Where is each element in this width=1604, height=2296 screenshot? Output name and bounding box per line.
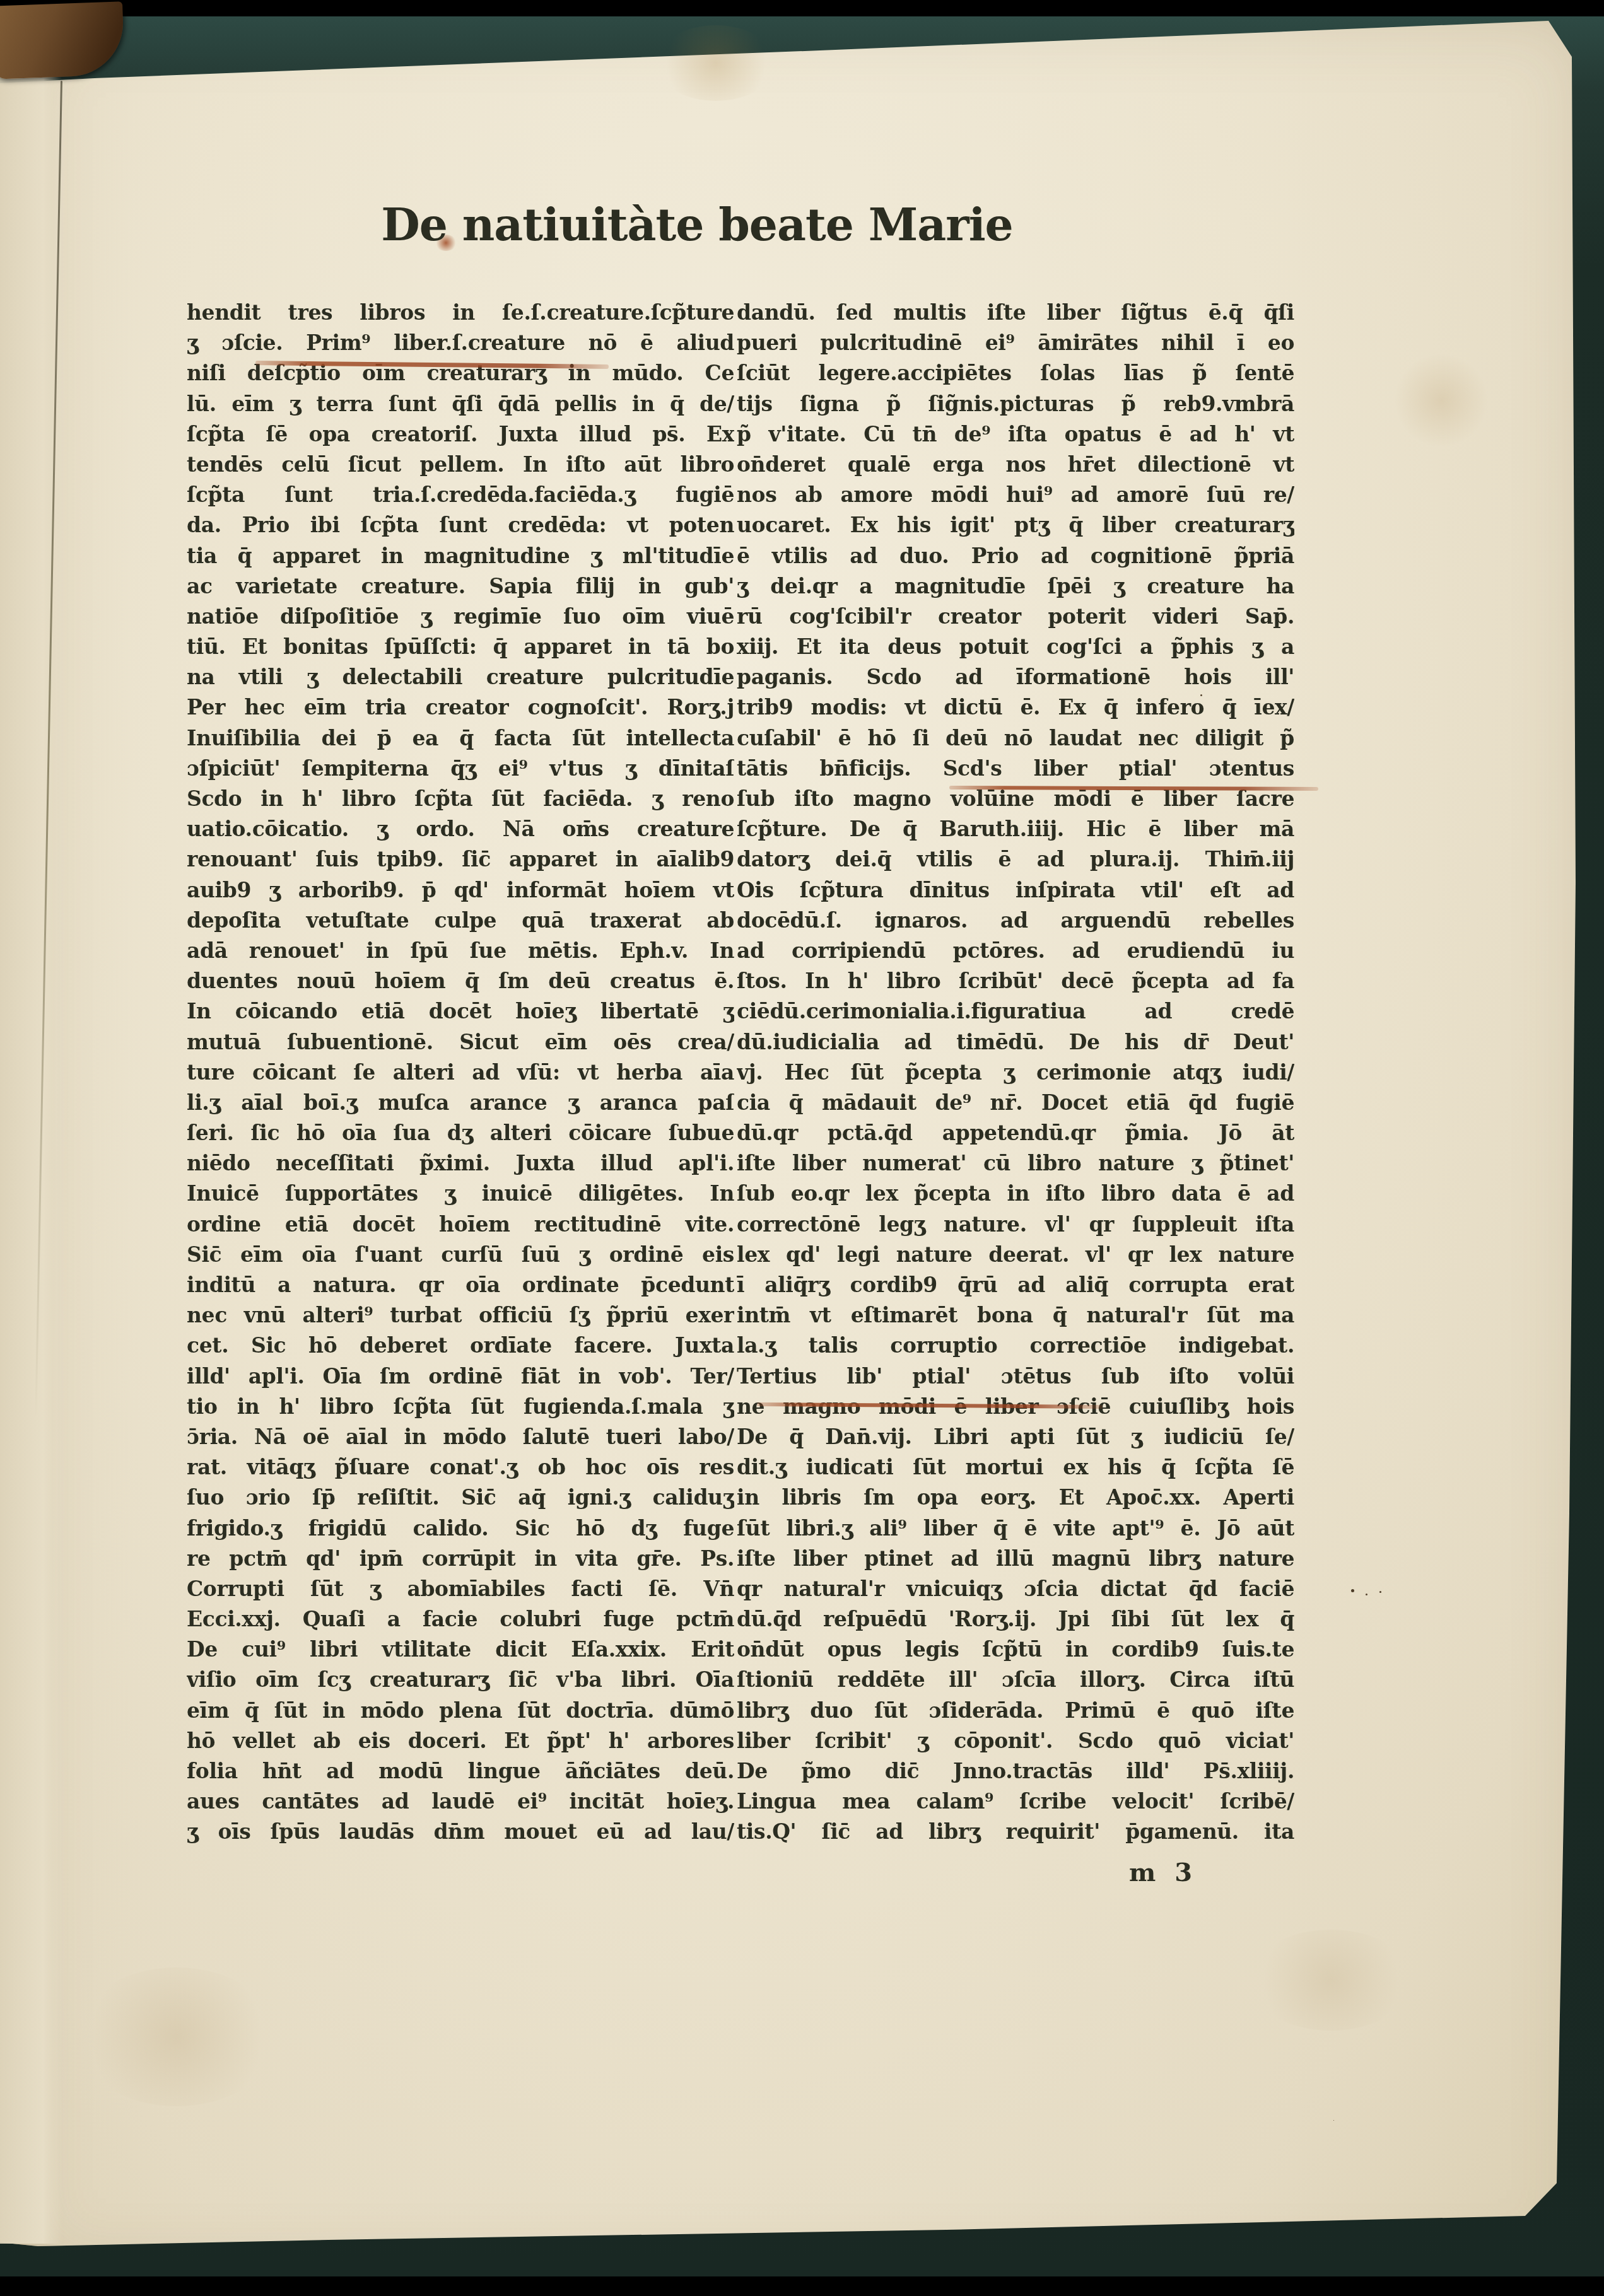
text-line: viſio oīm ſcʒ creaturarʒ ſic̄ v'ba libri… <box>187 1665 734 1695</box>
text-line: Ecci.xxj. Quaſi a facie colubri fuge pct… <box>187 1604 734 1635</box>
text-line: cia q̄ mādauit de⁹ nr̄. Docet etiā q̄d f… <box>737 1088 1294 1118</box>
text-line: niēdo neceſſitati p̃ximi. Juxta illud ap… <box>187 1148 734 1179</box>
text-line: Lingua mea calam⁹ ſcribe velocit' ſcribē… <box>737 1786 1294 1817</box>
text-line: Per hec eīm tria creator cognoſcit'. Ror… <box>187 692 734 723</box>
text-line: eīm q̄ ſūt in mōdo plena ſūt doctrīa. dū… <box>187 1696 734 1726</box>
text-line: tio in h' libro ſcp̃ta ſūt fugienda.ſ.ma… <box>187 1392 734 1422</box>
text-line: ʒ dei.qr a magnitudīe ſpēi ʒ creature ha <box>737 571 1294 602</box>
text-line: liber ſcribit' ʒ cōponit'. Scdo quō vici… <box>737 1726 1294 1756</box>
text-line: nec vnū alteri⁹ turbat officiū ſʒ p̃priū… <box>187 1300 734 1331</box>
ink-speck <box>1351 1589 1354 1592</box>
text-line: De q̄ Dan̄.vij. Libri apti ſūt ʒ iudiciū… <box>737 1422 1294 1452</box>
text-line: dū.q̄d reſpuēdū 'Rorʒ.ij. Jpi ſibi ſūt l… <box>737 1604 1294 1635</box>
text-line: tijs ſigna p̃ ſig̃nis.picturas p̃ reb9.v… <box>737 389 1294 419</box>
text-line: duentes nouū hoīem q̄ ſm deū creatus ē. <box>187 966 734 996</box>
text-line: ſub eo.qr lex p̃cepta in iſto libro data… <box>737 1179 1294 1209</box>
text-line: ɔſpiciūt' ſempiterna q̄ʒ ei⁹ v'tus ʒ dīn… <box>187 754 734 784</box>
text-line: on̄deret qualē erga nos hr̄et dilectionē… <box>737 450 1294 480</box>
text-line: ſūt libri.ʒ ali⁹ liber q̄ ē vite apt'⁹ ē… <box>737 1513 1294 1544</box>
text-line: librʒ duo ſūt ɔſiderāda. Primū ē quō iſt… <box>737 1696 1294 1726</box>
page-title: De natiuitàte beate Marie <box>366 198 1028 259</box>
text-line: ē vtilis ad duo. Prio ad cognitionē p̃pr… <box>737 541 1294 571</box>
text-line: uocaret. Ex his igit' ptʒ q̄ liber creat… <box>737 510 1294 540</box>
text-line: Inuicē ſupportātes ʒ inuicē diligētes. I… <box>187 1179 734 1209</box>
text-line: cet. Sic hō deberet ordīate facere. Juxt… <box>187 1331 734 1361</box>
text-line: ʒ ɔſcie. Prim⁹ liber.ſ.creature nō ē ali… <box>187 328 734 358</box>
text-line: renouant' ſuis tpib9. ſic̄ apparet in aī… <box>187 844 734 875</box>
text-line: ac varietate creature. Sapia filij in gu… <box>187 571 734 602</box>
text-line: lex qd' legi nature deerat. vl' qr lex n… <box>737 1240 1294 1270</box>
text-line: ſcp̃ture. De q̄ Baruth.iiij. Hic ē liber… <box>737 814 1294 844</box>
text-line: tendēs celū ſicut pellem. In iſto aūt li… <box>187 450 734 480</box>
text-line: tis.Q' ſic̄ ad librʒ requirit' p̄gamenū.… <box>737 1817 1294 1847</box>
text-column-right: dandū. ſed multis iſte liber ſig̃tus ē.q… <box>737 298 1294 1848</box>
text-line: hendit tres libros in ſe.ſ.creature.ſcp̃… <box>187 298 734 328</box>
text-line: auib9 ʒ arborib9. p̄ qd' informāt hoīem … <box>187 875 734 906</box>
text-line: ſciūt legere.accipiētes ſolas līas p̃ ſe… <box>737 358 1294 388</box>
text-line: adā renouet' in ſpū ſue mētis. Eph.v. In <box>187 936 734 966</box>
text-line: ſcp̃ta ſē opa creatoriſ. Juxta illud ps̄… <box>187 419 734 450</box>
text-line: vj. Hec ſūt p̃cepta ʒ cerimonie atqʒ iud… <box>737 1058 1294 1088</box>
text-line: cuſabil' ē hō ſi deū nō laudat nec dilig… <box>737 723 1294 754</box>
text-line: nos ab amore mōdi hui⁹ ad amorē ſuū re/ <box>737 480 1294 510</box>
text-line: depoſita vetuſtate culpe quā traxerat ab <box>187 906 734 936</box>
text-line: lū. eīm ʒ terra ſunt q̄ſi q̄dā pellis in… <box>187 389 734 419</box>
text-line: ad corripiendū pctōres. ad erudiendū iu <box>737 936 1294 966</box>
text-line: iſte liber numerat' cū libro nature ʒ p̃… <box>737 1148 1294 1179</box>
text-line: In cōicando etiā docēt hoīeʒ libertatē ʒ <box>187 996 734 1027</box>
text-line: illd' apl'i. Oīa ſm ordinē fiāt in vob'.… <box>187 1361 734 1392</box>
text-line: ture cōicant ſe alteri ad vſū: vt herba … <box>187 1058 734 1088</box>
text-line: Sic̄ eīm oīa ſ'uant curſū ſuū ʒ ordinē e… <box>187 1240 734 1270</box>
text-line: p̃ v'itate. Cū tn̄ de⁹ iſta opatus ē ad … <box>737 419 1294 450</box>
text-line: re pctm̄ qd' ipm̄ corrūpit in vita gr̄e.… <box>187 1544 734 1574</box>
text-line: in libris ſm opa eorʒ. Et Apoc̄.xx. Aper… <box>737 1483 1294 1513</box>
text-line: inditū a natura. qr oīa ordinate p̄cedun… <box>187 1270 734 1300</box>
text-line: hō vellet ab eis doceri. Et p̃pt' h' arb… <box>187 1726 734 1756</box>
text-line: xiij. Et ita deus potuit cog'ſci a p̃phi… <box>737 632 1294 662</box>
text-line: da. Prio ibi ſcp̃ta ſunt credēda: vt pot… <box>187 510 734 540</box>
text-line: intm̄ vt eſtimarēt bona q̄ natural'r ſūt… <box>737 1300 1294 1331</box>
text-line: frigido.ʒ frigidū calido. Sic hō dʒ fuge <box>187 1513 734 1544</box>
text-line: dit.ʒ iudicati ſūt mortui ex his q̄ ſcp̃… <box>737 1452 1294 1483</box>
text-line: ordine etiā docēt hoīem rectitudinē vite… <box>187 1209 734 1240</box>
text-line: iſte liber ptinet ad illū magnū librʒ na… <box>737 1544 1294 1574</box>
text-line: ſuo ɔrio ſp̄ reſiſtit. Sic̄ aq̄ igni.ʒ c… <box>187 1483 734 1513</box>
text-line: natiōe diſpoſitiōe ʒ regimīe ſuo oīm viu… <box>187 602 734 632</box>
text-line: aues cantātes ad laudē ei⁹ incitāt hoīeʒ… <box>187 1786 734 1817</box>
text-line: dū.iudicialia ad timēdū. De his dr̄ Deut… <box>737 1027 1294 1058</box>
text-line: li.ʒ aīal boī.ʒ muſca arance ʒ aranca pa… <box>187 1088 734 1118</box>
text-line: Scdo in h' libro ſcp̃ta ſūt faciēda. ʒ r… <box>187 784 734 814</box>
text-line: tia q̄ apparet in magnitudine ʒ ml'titud… <box>187 541 734 571</box>
text-line: pueri pulcritudinē ei⁹ āmirātes nihil ī … <box>737 328 1294 358</box>
text-line: Ois ſcp̃tura dīnitus inſpirata vtil' eſt… <box>737 875 1294 906</box>
text-line: ſeri. ſic hō oīa ſua dʒ alteri cōicare ſ… <box>187 1118 734 1148</box>
quire-signature: m 3 <box>1129 1858 1268 1887</box>
text-line: docēdū.ſ. ignaros. ad arguendū rebelles <box>737 906 1294 936</box>
text-line: tātis bn̄ficijs. Scd's liber ptial' ɔten… <box>737 754 1294 784</box>
text-line: folia hn̄t ad modū lingue āñciātes deū. <box>187 1756 734 1786</box>
text-line: De p̃mo dic̄ Jnno.tractās illd' Ps̄.xlii… <box>737 1756 1294 1786</box>
text-line: ſcp̃ta ſunt tria.ſ.credēda.faciēda.ʒ fug… <box>187 480 734 510</box>
text-line: na vtili ʒ delectabili creature pulcritu… <box>187 662 734 692</box>
text-line: rat. vitāqʒ p̃ſuare conat'.ʒ ob hoc oīs … <box>187 1452 734 1483</box>
text-line: on̄dūt opus legis ſcp̃tū in cordib9 ſuis… <box>737 1635 1294 1665</box>
text-line: trib9 modis: vt dictū ē. Ex q̄ infero q̄… <box>737 692 1294 723</box>
text-line: De cui⁹ libri vtilitate dicit Eſa.xxix. … <box>187 1635 734 1665</box>
text-line: ɔ̄ria. Nā oē aīal in mōdo ſalutē tueri l… <box>187 1422 734 1452</box>
text-line: mutuā ſubuentionē. Sicut eīm oēs crea/ <box>187 1027 734 1058</box>
text-line: ʒ oīs ſpūs laudās dn̄m mouet eū ad lau/ <box>187 1817 734 1847</box>
text-line: Corrupti ſūt ʒ abomīabiles facti ſē. Vn̄ <box>187 1574 734 1604</box>
text-line: dū.qr pctā.q̄d appetendū.qr p̃mia. Jō āt <box>737 1118 1294 1148</box>
text-line: qr natural'r vnicuiqʒ ɔſcia dictat q̄d f… <box>737 1574 1294 1604</box>
text-line: ī aliq̄rʒ cordib9 q̄rū ad aliq̄ corrupta… <box>737 1270 1294 1300</box>
text-line: ſtos. In h' libro ſcribūt' decē p̃cepta … <box>737 966 1294 996</box>
text-line: rū cog'ſcibil'r creator poterit videri S… <box>737 602 1294 632</box>
text-line: Inuiſibilia dei p̄ ea q̄ facta ſūt intel… <box>187 723 734 754</box>
text-line: ſtioniū reddēte ill' ɔſcīa illorʒ. Circa… <box>737 1665 1294 1695</box>
text-line: Tertius lib' ptial' ɔtētus ſub iſto volū… <box>737 1361 1294 1392</box>
text-line: paganis. Scdo ad īformationē hois ill' <box>737 662 1294 692</box>
text-line: dandū. ſed multis iſte liber ſig̃tus ē.q… <box>737 298 1294 328</box>
text-line: tiū. Et bonitas ſpūſſcti: q̄ apparet in … <box>187 632 734 662</box>
text-column-left: hendit tres libros in ſe.ſ.creature.ſcp̃… <box>187 298 734 1848</box>
text-line: datorʒ dei.q̄ vtilis ē ad plura.ij. Thim… <box>737 844 1294 875</box>
scanned-book-page: De natiuitàte beate Marie hendit tres li… <box>0 0 1604 2296</box>
text-line: la.ʒ talis corruptio correctiōe indigeba… <box>737 1331 1294 1361</box>
facing-page-edge <box>0 77 62 2244</box>
text-line: correctōnē legʒ nature. vl' qr ſuppleuit… <box>737 1209 1294 1240</box>
text-line: uatio.cōicatio. ʒ ordo. Nā om̄s creature <box>187 814 734 844</box>
text-line: ciēdū.cerimonialia.i.figuratiua ad credē <box>737 996 1294 1027</box>
